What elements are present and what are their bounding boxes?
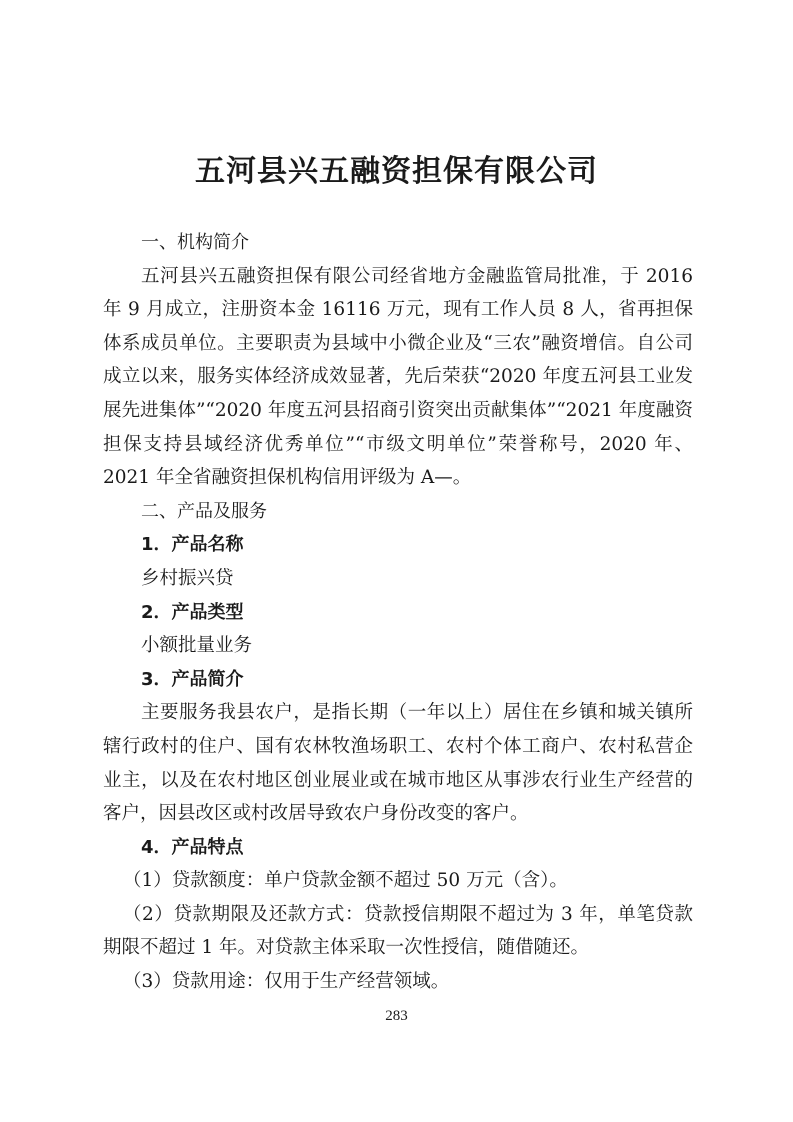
document-title: 五河县兴五融资担保有限公司 [0, 152, 793, 192]
section-heading-institution-intro: 一、机构简介 [103, 226, 693, 260]
document-body: 一、机构简介 五河县兴五融资担保有限公司经省地方金融监管局批准，于 2016 年… [103, 226, 693, 999]
feature-item-loan-amount: （1）贷款额度：单户贷款金额不超过 50 万元（含）。 [103, 864, 693, 898]
product-intro-paragraph: 主要服务我县农户，是指长期（一年以上）居住在乡镇和城关镇所辖行政村的住户、国有农… [103, 696, 693, 830]
document-page: 五河县兴五融资担保有限公司 一、机构简介 五河县兴五融资担保有限公司经省地方金融… [0, 0, 793, 1122]
feature-item-loan-term: （2）贷款期限及还款方式：贷款授信期限不超过为 3 年，单笔贷款期限不超过 1 … [103, 898, 693, 965]
subheading-product-features: 4．产品特点 [103, 831, 693, 865]
page-number: 283 [0, 1008, 793, 1025]
feature-item-loan-purpose: （3）贷款用途：仅用于生产经营领域。 [103, 965, 693, 999]
product-name-text: 乡村振兴贷 [103, 562, 693, 596]
section-heading-products-services: 二、产品及服务 [103, 495, 693, 529]
subheading-product-name: 1．产品名称 [103, 528, 693, 562]
subheading-product-intro: 3．产品简介 [103, 663, 693, 697]
subheading-product-type: 2．产品类型 [103, 596, 693, 630]
institution-intro-paragraph: 五河县兴五融资担保有限公司经省地方金融监管局批准，于 2016 年 9 月成立，… [103, 260, 693, 495]
product-type-text: 小额批量业务 [103, 629, 693, 663]
